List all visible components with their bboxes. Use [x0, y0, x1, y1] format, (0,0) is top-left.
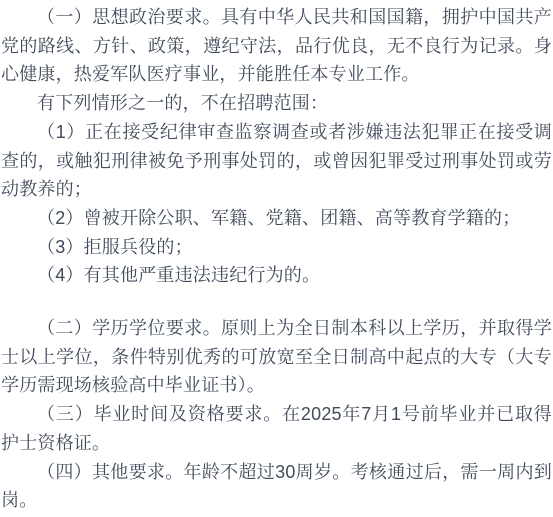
paragraph-education-requirements: （二）学历学位要求。原则上为全日制本科以上学历，并取得学士以上学位，条件特别优秀…: [1, 314, 552, 400]
paragraph-exclusion-item-4: （4）有其他严重违法违纪行为的。: [1, 261, 552, 290]
article-body: （一）思想政治要求。具有中华人民共和国国籍，拥护中国共产党的路线、方针、政策，遵…: [0, 0, 553, 517]
paragraph-exclusion-item-1: （1）正在接受纪律审查监察调查或者涉嫌违法犯罪正在接受调查的，或触犯刑律被免予刑…: [1, 118, 552, 204]
paragraph-exclusion-item-3: （3）拒服兵役的；: [1, 233, 552, 262]
paragraph-exclusion-item-2: （2）曾被开除公职、军籍、党籍、团籍、高等教育学籍的；: [1, 204, 552, 233]
paragraph-other-requirements: （四）其他要求。年龄不超过30周岁。考核通过后，需一周内到岗。: [1, 458, 552, 515]
paragraph-political-requirements: （一）思想政治要求。具有中华人民共和国国籍，拥护中国共产党的路线、方针、政策，遵…: [1, 3, 552, 89]
paragraph-graduation-qualification-requirements: （三）毕业时间及资格要求。在2025年7月1号前毕业并已取得护士资格证。: [1, 400, 552, 457]
paragraph-exclusion-intro: 有下列情形之一的，不在招聘范围：: [1, 89, 552, 118]
